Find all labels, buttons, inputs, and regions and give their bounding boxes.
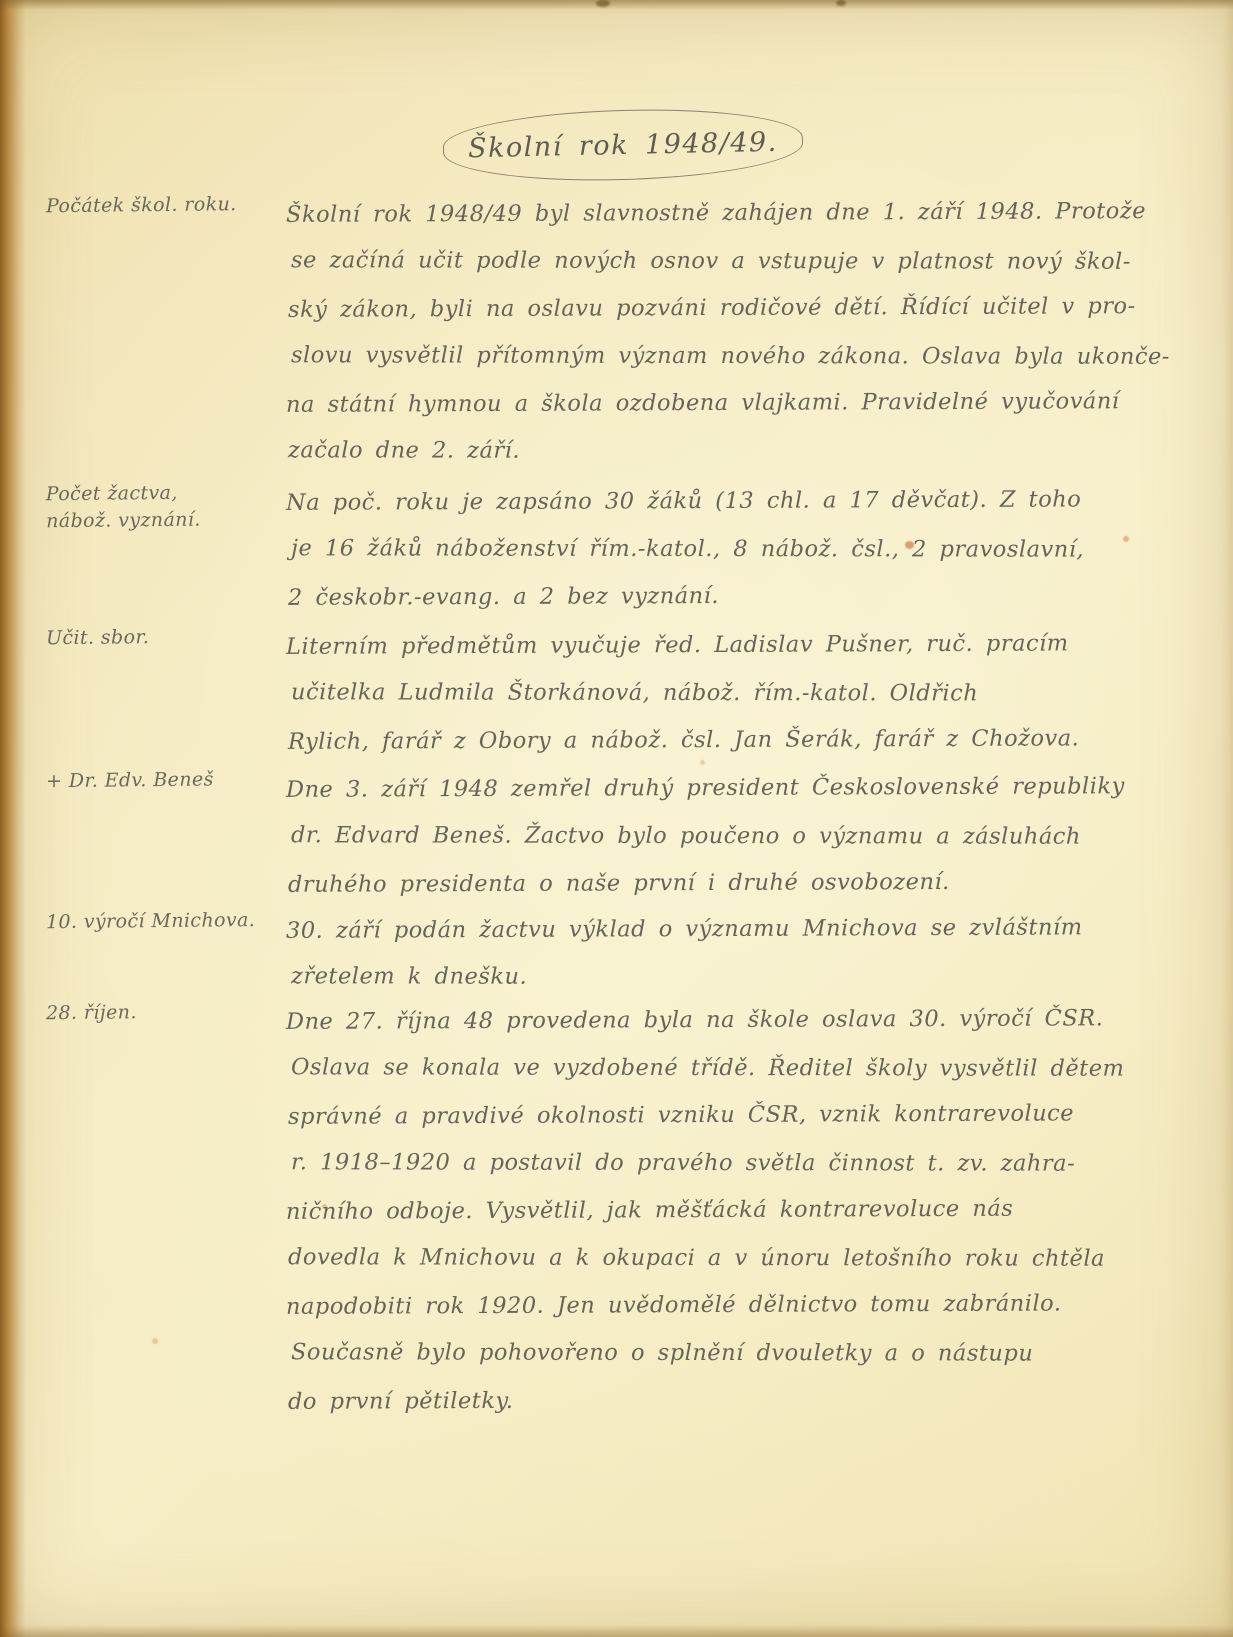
page-top-edge [0,0,1233,10]
paragraph: Dne 3. září 1948 zemřel druhý president … [286,765,1136,908]
text-line: 2 českobr.-evang. a 2 bez vyznání. [288,571,1136,622]
text-line: napodobiti rok 1920. Jen uvědomělé dělni… [286,1280,1136,1331]
page-bottom-edge [0,1625,1233,1637]
margin-note: 28. říjen. [46,998,274,1027]
paragraph: 30. září podán žactvu výklad o významu M… [286,906,1136,1001]
text-line: Dne 27. října 48 provedena byla na škole… [286,995,1136,1046]
chronicle-page: Školní rok 1948/49. Počátek škol. roku. … [0,0,1233,1637]
paper-speck [152,1338,158,1344]
margin-note: Počátek škol. roku. [46,191,274,220]
text-line: 30. září podán žactvu výklad o významu M… [286,904,1136,955]
text-line: ničního odboje. Vysvětlil, jak měšťácká … [286,1185,1136,1236]
text-line: Rylich, farář z Obory a nábož. čsl. Jan … [288,715,1136,766]
text-line: r. 1918–1920 a postavil do pravého světl… [291,1139,1136,1188]
title-oval: Školní rok 1948/49. [442,105,804,185]
text-line: na státní hymnou a škola ozdobena vlajka… [286,378,1136,429]
page-title: Školní rok 1948/49. [468,126,778,163]
text-line: slovu vysvětlil přítomným význam nového … [291,332,1136,381]
paragraph: Dne 27. října 48 provedena byla na škole… [286,997,1136,1425]
margin-note: 10. výročí Mnichova. [46,907,274,936]
text-line: Současně bylo pohovořeno o splnění dvoul… [291,1329,1136,1378]
text-line: dovedla k Mnichovu a k okupaci a v únoru… [288,1234,1136,1283]
text-line: Literním předmětům vyučuje řed. Ladislav… [286,620,1136,671]
text-line: se začíná učit podle nových osnov a vstu… [291,237,1136,286]
paragraph: Na poč. roku je zapsáno 30 žáků (13 chl.… [286,478,1136,621]
text-line: učitelka Ludmila Štorkánová, nábož. řím.… [291,669,1136,718]
text-line: Dne 3. září 1948 zemřel druhý president … [286,763,1136,814]
paragraph: Školní rok 1948/49 byl slavnostně zaháje… [286,190,1136,475]
page-binding-edge [0,0,26,1637]
text-line: správné a pravdivé okolnosti vzniku ČSR,… [288,1090,1136,1141]
text-line: Oslava se konala ve vyzdobené třídě. Řed… [291,1044,1136,1093]
text-line: je 16 žáků náboženství řím.-katol., 8 ná… [291,525,1136,574]
margin-note: + Dr. Edv. Beneš [46,766,274,795]
text-line: druhého presidenta o naše první i druhé … [288,858,1136,909]
text-line: Školní rok 1948/49 byl slavnostně zaháje… [286,188,1136,239]
text-line: Na poč. roku je zapsáno 30 žáků (13 chl.… [286,476,1136,527]
scan-blemish [836,0,846,6]
text-line: zřetelem k dnešku. [291,953,1136,1002]
text-line: dr. Edvard Beneš. Žactvo bylo poučeno o … [291,812,1136,861]
text-line: začalo dne 2. září. [288,427,1136,476]
margin-note: Počet žactva, nábož. vyznání. [46,479,275,535]
margin-note: Učit. sbor. [46,623,274,652]
paragraph: Literním předmětům vyučuje řed. Ladislav… [286,622,1136,765]
text-line: ský zákon, byli na oslavu pozváni rodičo… [288,283,1136,334]
text-line: do první pětiletky. [288,1375,1136,1426]
scan-blemish [596,0,610,7]
